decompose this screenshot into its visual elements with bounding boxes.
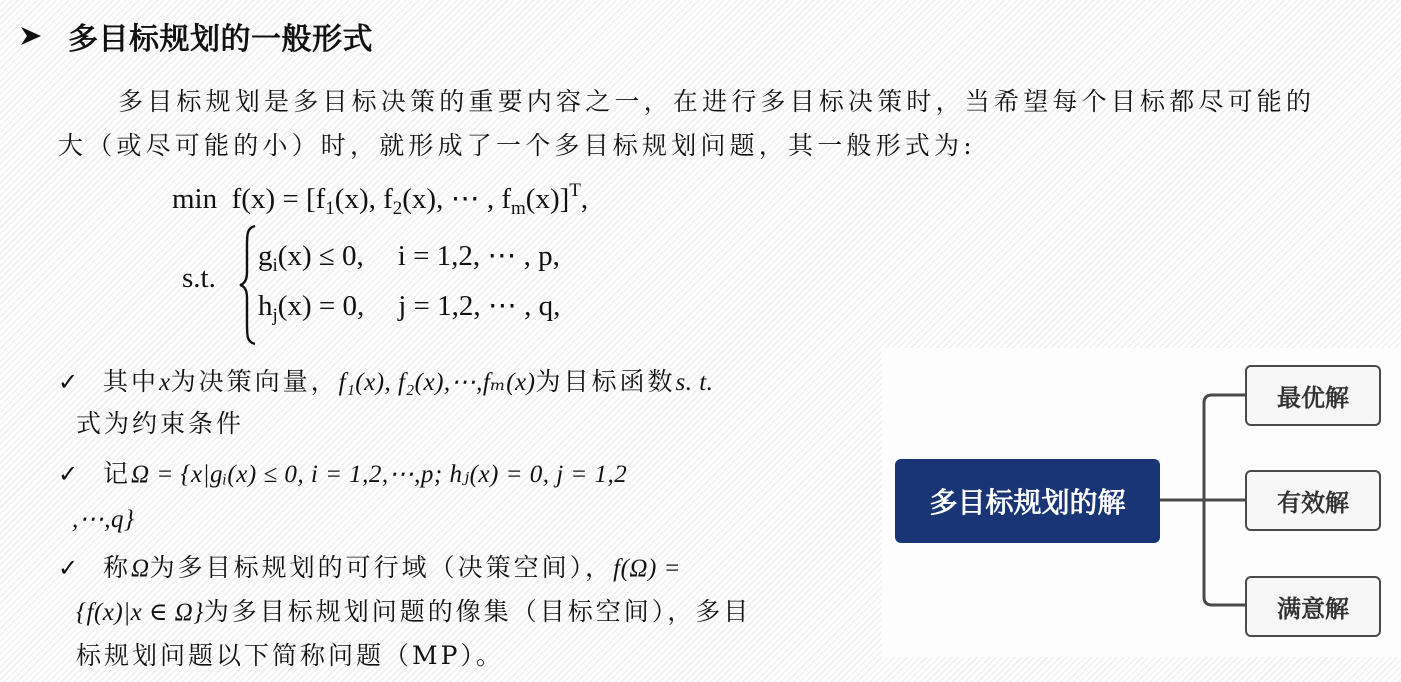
- checkmark-icon: ✓: [58, 554, 81, 582]
- equality-constraint: hj(x) = 0,j = 1,2, ⋯ , q,: [258, 288, 560, 327]
- arrowhead-bullet-icon: [20, 26, 42, 46]
- diagram-node-satisfactory-solution: 满意解: [1245, 576, 1381, 637]
- min-keyword: min: [172, 183, 217, 215]
- bullet-image-set-cont-2: 标规划问题以下简称问题（MP）。: [76, 634, 504, 678]
- diagram-node-optimal-solution: 最优解: [1245, 365, 1381, 426]
- bullet-image-set: ✓ 称Ω为多目标规划的可行域（决策空间），f(Ω) =: [58, 546, 681, 591]
- section-title: 多目标规划的一般形式: [68, 14, 373, 58]
- checkmark-icon: ✓: [58, 368, 81, 396]
- bullet-decision-vector-cont: 式为约束条件: [76, 402, 244, 446]
- diagram-root-node: 多目标规划的解: [895, 459, 1160, 543]
- diagram-node-efficient-solution: 有效解: [1245, 470, 1381, 531]
- intro-paragraph-line-2: 大（或尽可能的小）时，就形成了一个多目标规划问题，其一般形式为:: [58, 124, 976, 168]
- checkmark-icon: ✓: [58, 460, 81, 488]
- bullet-decision-vector: ✓ 其中x为决策向量，f₁(x), f₂(x),⋯,fₘ(x)为目标函数s. t…: [58, 360, 713, 405]
- bullet-feasible-set-cont: ,⋯,q}: [72, 498, 135, 542]
- left-brace-icon: [238, 224, 258, 346]
- subject-to-label: s.t.: [182, 262, 216, 295]
- intro-paragraph-line-1: 多目标规划是多目标决策的重要内容之一，在进行多目标决策时，当希望每个目标都尽可能…: [118, 80, 1315, 124]
- diagram-connectors: [1160, 360, 1250, 650]
- inequality-constraint: gi(x) ≤ 0,i = 1,2, ⋯ , p,: [258, 238, 560, 277]
- bullet-image-set-cont: {f(x)|x ∈ Ω}为多目标规划问题的像集（目标空间），多目: [76, 590, 751, 635]
- objective-formula: min f(x) = [f1(x), f2(x), ⋯ , fm(x)]T,: [172, 180, 588, 220]
- section-header: 多目标规划的一般形式: [20, 14, 373, 58]
- bullet-feasible-set: ✓ 记Ω = {x|gᵢ(x) ≤ 0, i = 1,2,⋯,p; hⱼ(x) …: [58, 452, 627, 497]
